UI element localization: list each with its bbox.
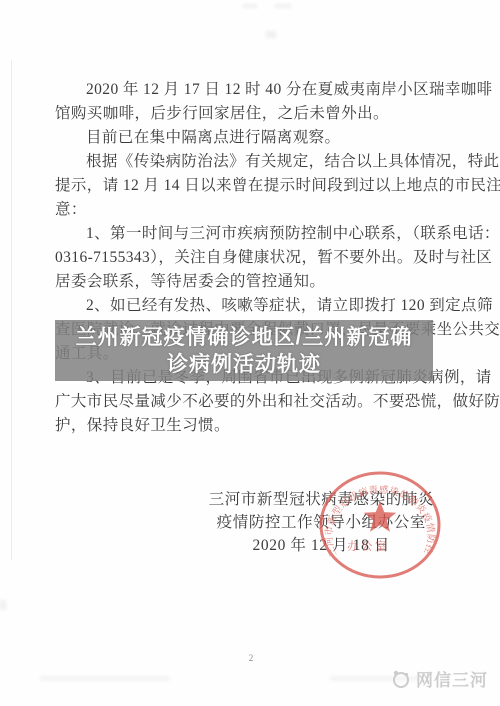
body-line: 提示，请 12 月 14 日以来曾在提示时间段到过以上地点的市民注 <box>55 174 449 198</box>
seal-bottom-text: 办公室 <box>347 539 389 553</box>
official-seal-stamp-icon: 三河市新型冠状病毒感染的肺炎疫情防控工作领导小组 办公室 <box>300 453 470 593</box>
scan-artifact <box>275 4 291 8</box>
body-line: 意： <box>55 198 449 222</box>
watermark-logo-icon <box>391 669 411 689</box>
notice-body: 2020 年 12 月 17 日 12 时 40 分在夏威夷南岸小区瑞幸咖啡 馆… <box>55 78 449 438</box>
body-line: 0316-7155343），关注自身健康状况，暂不要外出。及时与社区 <box>55 246 449 270</box>
body-line: 护，保持良好卫生习惯。 <box>55 414 449 438</box>
body-line: 目前已在集中隔离点进行隔离观察。 <box>55 126 449 150</box>
scan-artifact <box>243 4 257 8</box>
body-line: 2、如已经有发热、咳嗽等症状，请立即拨打 120 到定点筛 <box>55 294 449 318</box>
scan-artifact <box>40 676 170 681</box>
page-edge-shadow <box>11 60 12 560</box>
document-page: 2020 年 12 月 17 日 12 时 40 分在夏威夷南岸小区瑞幸咖啡 馆… <box>0 0 500 706</box>
seal-star-icon <box>364 501 396 532</box>
body-line: 2020 年 12 月 17 日 12 时 40 分在夏威夷南岸小区瑞幸咖啡 <box>55 78 449 102</box>
body-line: 根据《传染病防治法》有关规定，结合以上具体情况，特此 <box>55 150 449 174</box>
page-number: 2 <box>244 653 258 663</box>
watermark-text: 网信三河 <box>416 666 488 691</box>
headline-line-1: 兰州新冠疫情确诊地区/兰州新冠确 <box>55 324 433 351</box>
headline-line-2: 诊病例活动轨迹 <box>55 351 433 378</box>
body-line: 馆购买咖啡，后步行回家居住，之后未曾外出。 <box>55 102 449 126</box>
body-line: 居委会联系，等待居委会的管控通知。 <box>55 270 449 294</box>
scan-artifact <box>266 31 276 38</box>
body-line: 1、第一时间与三河市疾病预防控制中心联系，（联系电话： <box>55 222 449 246</box>
scan-artifact <box>0 600 6 610</box>
body-line: 广大市民尽量减少不必要的外出和社交活动。不要恐慌，做好防 <box>55 390 449 414</box>
headline-overlay-band: 兰州新冠疫情确诊地区/兰州新冠确 诊病例活动轨迹 <box>55 320 433 381</box>
watermark: 网信三河 <box>391 666 488 691</box>
